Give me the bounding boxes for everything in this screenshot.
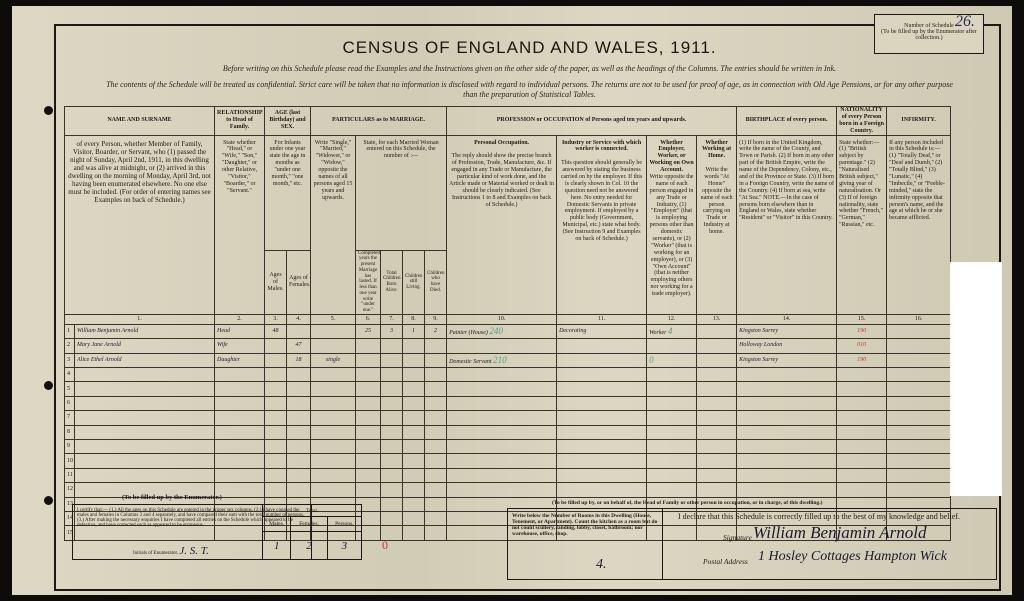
row-number: 5: [65, 382, 75, 396]
occupation-code: 210: [493, 355, 507, 365]
person-relationship: Wife: [215, 339, 265, 353]
desc-married-woman: State, for each Married Woman entered on…: [356, 135, 447, 250]
col-num: 11.: [557, 314, 647, 324]
table-row: 2 Mary Jane Arnold Wife 47 Holloway Lond…: [65, 339, 951, 353]
children-living: [403, 353, 425, 367]
col-num: 9.: [425, 314, 447, 324]
table-row: 11: [65, 468, 951, 482]
col-num: 5.: [311, 314, 356, 324]
desc-personal-occupation: Personal Occupation.The reply should sho…: [447, 135, 557, 314]
header-name: NAME AND SURNAME: [65, 107, 215, 136]
infirmity: [887, 324, 951, 338]
rooms-instructions: Write below the Number of Rooms in this …: [512, 513, 657, 537]
persons-label: Persons.: [327, 517, 361, 532]
row-number: 8: [65, 425, 75, 439]
col-num: 8.: [403, 314, 425, 324]
desc-children-died: Children who have Died.: [425, 250, 447, 314]
col-num: 16.: [887, 314, 951, 324]
col-num: 4.: [287, 314, 311, 324]
header-marriage: PARTICULARS as to MARRIAGE.: [311, 107, 447, 136]
marital-condition: [311, 339, 356, 353]
years-married: [356, 353, 381, 367]
table-row: 8: [65, 425, 951, 439]
col-num: 1.: [65, 314, 215, 324]
enumerator-initials-row: Initials of Enumerator. J. S. T.: [133, 545, 209, 557]
col-num: 3.: [265, 314, 287, 324]
birthplace: Kingston Surrey: [737, 324, 837, 338]
rooms-box: Write below the Number of Rooms in this …: [508, 509, 663, 579]
person-name: William Benjamin Arnold: [75, 324, 215, 338]
header-occupation: PROFESSION or OCCUPATION of Persons aged…: [447, 107, 737, 136]
industry-text: This question should generally be answer…: [561, 160, 642, 242]
table-row: 10: [65, 454, 951, 468]
children-living: 1: [403, 324, 425, 338]
working-at-home: [697, 339, 737, 353]
employer-text: Worker: [649, 330, 666, 336]
industry: [557, 353, 647, 367]
desc-home: Whether Working at Home.Write the words …: [697, 135, 737, 314]
census-schedule-page: CENSUS OF ENGLAND AND WALES, 1911. Befor…: [12, 6, 1012, 595]
col-num: 2.: [215, 314, 265, 324]
table-row: 7: [65, 411, 951, 425]
years-married: [356, 339, 381, 353]
table-row: 6: [65, 396, 951, 410]
occupation: Painter (House) 240: [447, 324, 557, 338]
table-row: 5: [65, 382, 951, 396]
head-declaration-box: Write below the Number of Rooms in this …: [507, 508, 997, 580]
enumerator-section-title: (To be filled up by the Enumerator.): [122, 494, 222, 501]
desc-children-living: Children still Living.: [403, 250, 425, 314]
header-birthplace: BIRTHPLACE of every person.: [737, 107, 837, 136]
postal-address-label: Postal Address: [703, 557, 748, 566]
personal-occupation-label: Personal Occupation.: [474, 140, 529, 146]
occupation: Domestic Servant 210: [447, 353, 557, 367]
desc-nationality: State whether:— (1) "British subject by …: [837, 135, 887, 314]
col-num: 14.: [737, 314, 837, 324]
age-female: 47: [287, 339, 311, 353]
age-female: 18: [287, 353, 311, 367]
header-age: AGE (last Birthday) and SEX.: [265, 107, 311, 136]
header-relationship: RELATIONSHIP to Head of Family.: [215, 107, 265, 136]
children-died: [425, 339, 447, 353]
occupation-text: Domestic Servant: [449, 359, 492, 365]
col-num: 6.: [356, 314, 381, 324]
desc-years-married: Completed years the present Marriage has…: [356, 250, 381, 314]
age-female: [287, 324, 311, 338]
postal-address: 1 Hosley Cottages Hampton Wick: [758, 549, 947, 565]
occupation-code: 240: [489, 326, 503, 336]
rooms-count: 4.: [596, 557, 607, 573]
row-number: 12: [65, 483, 75, 497]
initials-label: Initials of Enumerator.: [133, 551, 178, 556]
row-number: 1: [65, 324, 75, 338]
desc-ages-females: Ages of Females.: [287, 250, 311, 314]
col-num: 13.: [697, 314, 737, 324]
occupation: [447, 339, 557, 353]
children-total: [381, 339, 403, 353]
person-relationship: Head: [215, 324, 265, 338]
children-total: 3: [381, 324, 403, 338]
punch-hole: [44, 496, 53, 505]
employer-label: Whether Employer, Worker, or Working on …: [649, 140, 693, 174]
employer-status: 0: [647, 353, 697, 367]
declaration-text: I declare that this Schedule is correctl…: [678, 512, 960, 521]
schedule-number: 26.: [955, 13, 975, 31]
home-text: Write the words "At Home" opposite the n…: [701, 167, 733, 235]
employer-status: Worker 4: [647, 324, 697, 338]
desc-birthplace: (1) If born in the United Kingdom, write…: [737, 135, 837, 314]
header-infirmity: INFIRMITY.: [887, 107, 951, 136]
census-table: NAME AND SURNAME RELATIONSHIP to Head of…: [64, 106, 951, 541]
col-num: 10.: [447, 314, 557, 324]
red-annotation: 0: [382, 538, 388, 553]
confidential-line: The contents of the Schedule will be tre…: [56, 80, 1003, 89]
desc-name: of every Person, whether Member of Famil…: [65, 135, 215, 314]
employer-code: 0: [649, 355, 654, 365]
signature-label: Signature: [723, 533, 752, 542]
birthplace: Holloway London: [737, 339, 837, 353]
age-male: [265, 353, 287, 367]
row-number: 10: [65, 454, 75, 468]
table-row: 9: [65, 439, 951, 453]
confidential-line-2: than the preparation of Statistical Tabl…: [56, 90, 1003, 99]
working-at-home: [697, 353, 737, 367]
children-living: [403, 339, 425, 353]
industry-label: Industry or Service with which worker is…: [562, 140, 641, 153]
enumerator-initials: J. S. T.: [179, 545, 208, 557]
personal-occupation-text: The reply should show the precise branch…: [449, 153, 554, 207]
age-male: [265, 339, 287, 353]
employer-status: [647, 339, 697, 353]
children-died: [425, 353, 447, 367]
desc-age: For Infants under one year state the age…: [265, 135, 311, 250]
total-persons: 3: [327, 532, 361, 560]
totals-box: Total. Males.Females.Persons. 123: [262, 504, 362, 560]
instruction-line: Before writing on this Schedule please r…: [56, 64, 1003, 73]
desc-infirmity: If any person included in this Schedule …: [887, 135, 951, 314]
age-male: 48: [265, 324, 287, 338]
birthplace: Kingston Surrey: [737, 353, 837, 367]
children-total: [381, 353, 403, 367]
col-num: 15.: [837, 314, 887, 324]
punch-hole: [44, 106, 53, 115]
marital-condition: single: [311, 353, 356, 367]
row-number: 6: [65, 396, 75, 410]
col-num: 7.: [381, 314, 403, 324]
row-number: 7: [65, 411, 75, 425]
header-nationality: NATIONALITY of every Person born in a Fo…: [837, 107, 887, 136]
desc-condition: Write "Single," "Married," "Widower," or…: [311, 135, 356, 314]
redacted-area: [950, 262, 1002, 496]
employer-code: 4: [668, 326, 673, 336]
desc-ages-males: Ages of Males.: [265, 250, 287, 314]
females-label: Females.: [291, 517, 327, 532]
birthplace-code: 190: [837, 324, 887, 338]
home-label: Whether Working at Home.: [702, 140, 731, 160]
total-males: 1: [263, 532, 291, 560]
row-number: 11: [65, 468, 75, 482]
punch-hole: [44, 381, 53, 390]
row-number: 3: [65, 353, 75, 367]
desc-children-total: Total Children Born Alive.: [381, 250, 403, 314]
total-label: Total.: [263, 505, 362, 517]
person-name: Mary Jane Arnold: [75, 339, 215, 353]
table-row: 1 William Benjamin Arnold Head 48 25 3 1…: [65, 324, 951, 338]
marital-condition: [311, 324, 356, 338]
head-section-title: (To be filled up by, or on behalf of, th…: [552, 500, 822, 506]
occupation-text: Painter (House): [449, 330, 488, 336]
signature: William Benjamin Arnold: [753, 523, 926, 543]
years-married: 25: [356, 324, 381, 338]
table-row: 4: [65, 367, 951, 381]
employer-text: Write opposite the name of each person e…: [650, 174, 694, 297]
birthplace-code: 010: [837, 339, 887, 353]
infirmity: [887, 353, 951, 367]
industry: Decorating: [557, 324, 647, 338]
industry: [557, 339, 647, 353]
children-died: 2: [425, 324, 447, 338]
col-num: 12.: [647, 314, 697, 324]
males-label: Males.: [263, 517, 291, 532]
row-number: 4: [65, 367, 75, 381]
working-at-home: [697, 324, 737, 338]
infirmity: [887, 339, 951, 353]
table-row: 3 Alice Ethel Arnold Daughter 18 single …: [65, 353, 951, 367]
desc-employer: Whether Employer, Worker, or Working on …: [647, 135, 697, 314]
row-number: 2: [65, 339, 75, 353]
birthplace-code: 190: [837, 353, 887, 367]
row-number: 9: [65, 439, 75, 453]
person-name: Alice Ethel Arnold: [75, 353, 215, 367]
desc-relationship: State whether "Head," or "Wife," "Son," …: [215, 135, 265, 314]
desc-industry: Industry or Service with which worker is…: [557, 135, 647, 314]
person-relationship: Daughter: [215, 353, 265, 367]
form-title: CENSUS OF ENGLAND AND WALES, 1911.: [56, 38, 1003, 58]
schedule-number-box: Number of Schedule (To be filled up by t…: [874, 14, 984, 54]
total-females: 2: [291, 532, 327, 560]
